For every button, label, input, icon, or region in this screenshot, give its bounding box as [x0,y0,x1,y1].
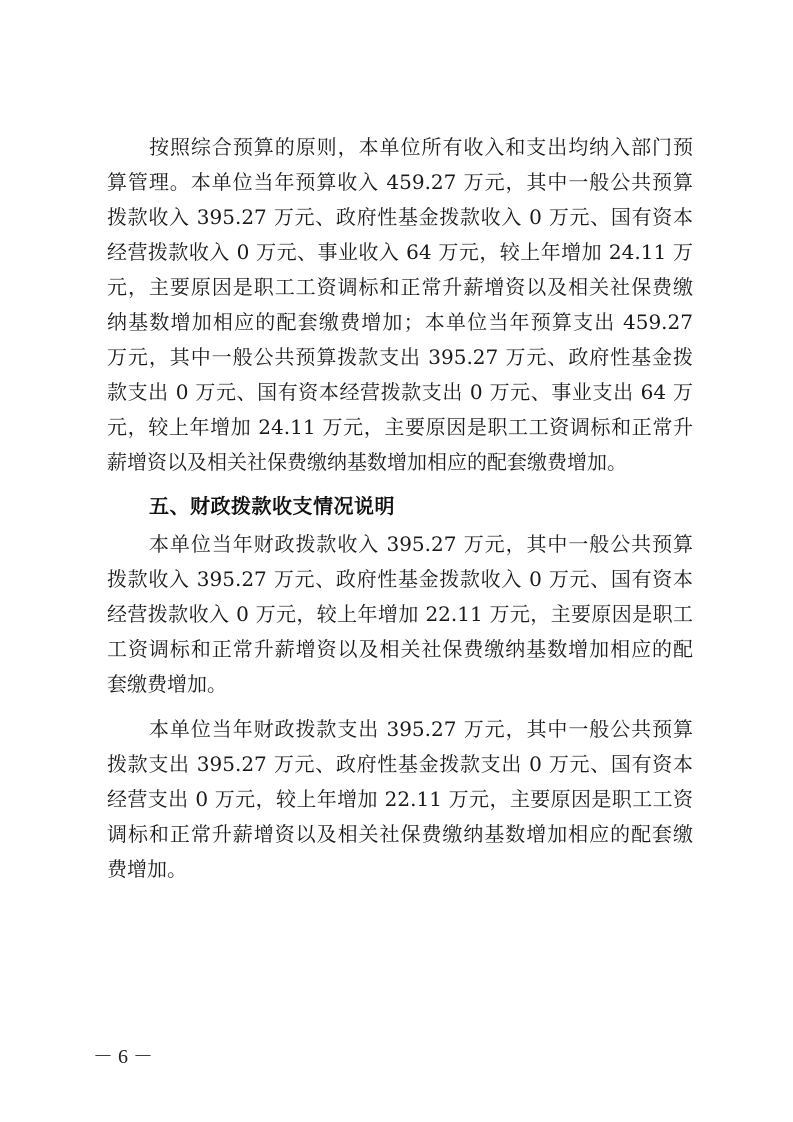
paragraph-line: 万元，其中一般公共预算拨款支出 395.27 万元、政府性基金拨 [107,342,693,372]
paragraph-line: 经营拨款收入 0 万元，较上年增加 22.11 万元，主要原因是职工 [107,599,693,629]
paragraph-line: 元，主要原因是职工工资调标和正常升薪增资以及相关社保费缴 [107,272,693,302]
paragraph-line: 拨款支出 395.27 万元、政府性基金拨款支出 0 万元、国有资本 [107,749,693,779]
paragraph-line: 费增加。 [107,854,693,884]
paragraph-line: 薪增资以及相关社保费缴纳基数增加相应的配套缴费增加。 [107,447,693,477]
section-heading: 五、财政拨款收支情况说明 [149,491,395,521]
paragraph-line: 拨款收入 395.27 万元、政府性基金拨款收入 0 万元、国有资本 [107,202,693,232]
paragraph-line: 款支出 0 万元、国有资本经营拨款支出 0 万元、事业支出 64 万 [107,377,693,407]
paragraph-line: 经营拨款收入 0 万元、事业收入 64 万元，较上年增加 24.11 万 [107,237,693,267]
paragraph-line: 套缴费增加。 [107,669,693,699]
page-number: － 6 － [93,1040,153,1069]
paragraph-line: 本单位当年财政拨款支出 395.27 万元，其中一般公共预算 [149,714,693,744]
paragraph-line: 算管理。本单位当年预算收入 459.27 万元，其中一般公共预算 [107,167,693,197]
paragraph-line: 本单位当年财政拨款收入 395.27 万元，其中一般公共预算 [149,529,693,559]
paragraph-line: 调标和正常升薪增资以及相关社保费缴纳基数增加相应的配套缴 [107,819,693,849]
paragraph-line: 元，较上年增加 24.11 万元，主要原因是职工工资调标和正常升 [107,412,693,442]
paragraph-line: 按照综合预算的原则，本单位所有收入和支出均纳入部门预 [149,132,693,162]
paragraph-line: 经营支出 0 万元，较上年增加 22.11 万元，主要原因是职工工资 [107,784,693,814]
paragraph-line: 拨款收入 395.27 万元、政府性基金拨款收入 0 万元、国有资本 [107,564,693,594]
paragraph-line: 工资调标和正常升薪增资以及相关社保费缴纳基数增加相应的配 [107,634,693,664]
document-page: 按照综合预算的原则，本单位所有收入和支出均纳入部门预 算管理。本单位当年预算收入… [0,0,793,1122]
paragraph-line: 纳基数增加相应的配套缴费增加；本单位当年预算支出 459.27 [107,307,693,337]
